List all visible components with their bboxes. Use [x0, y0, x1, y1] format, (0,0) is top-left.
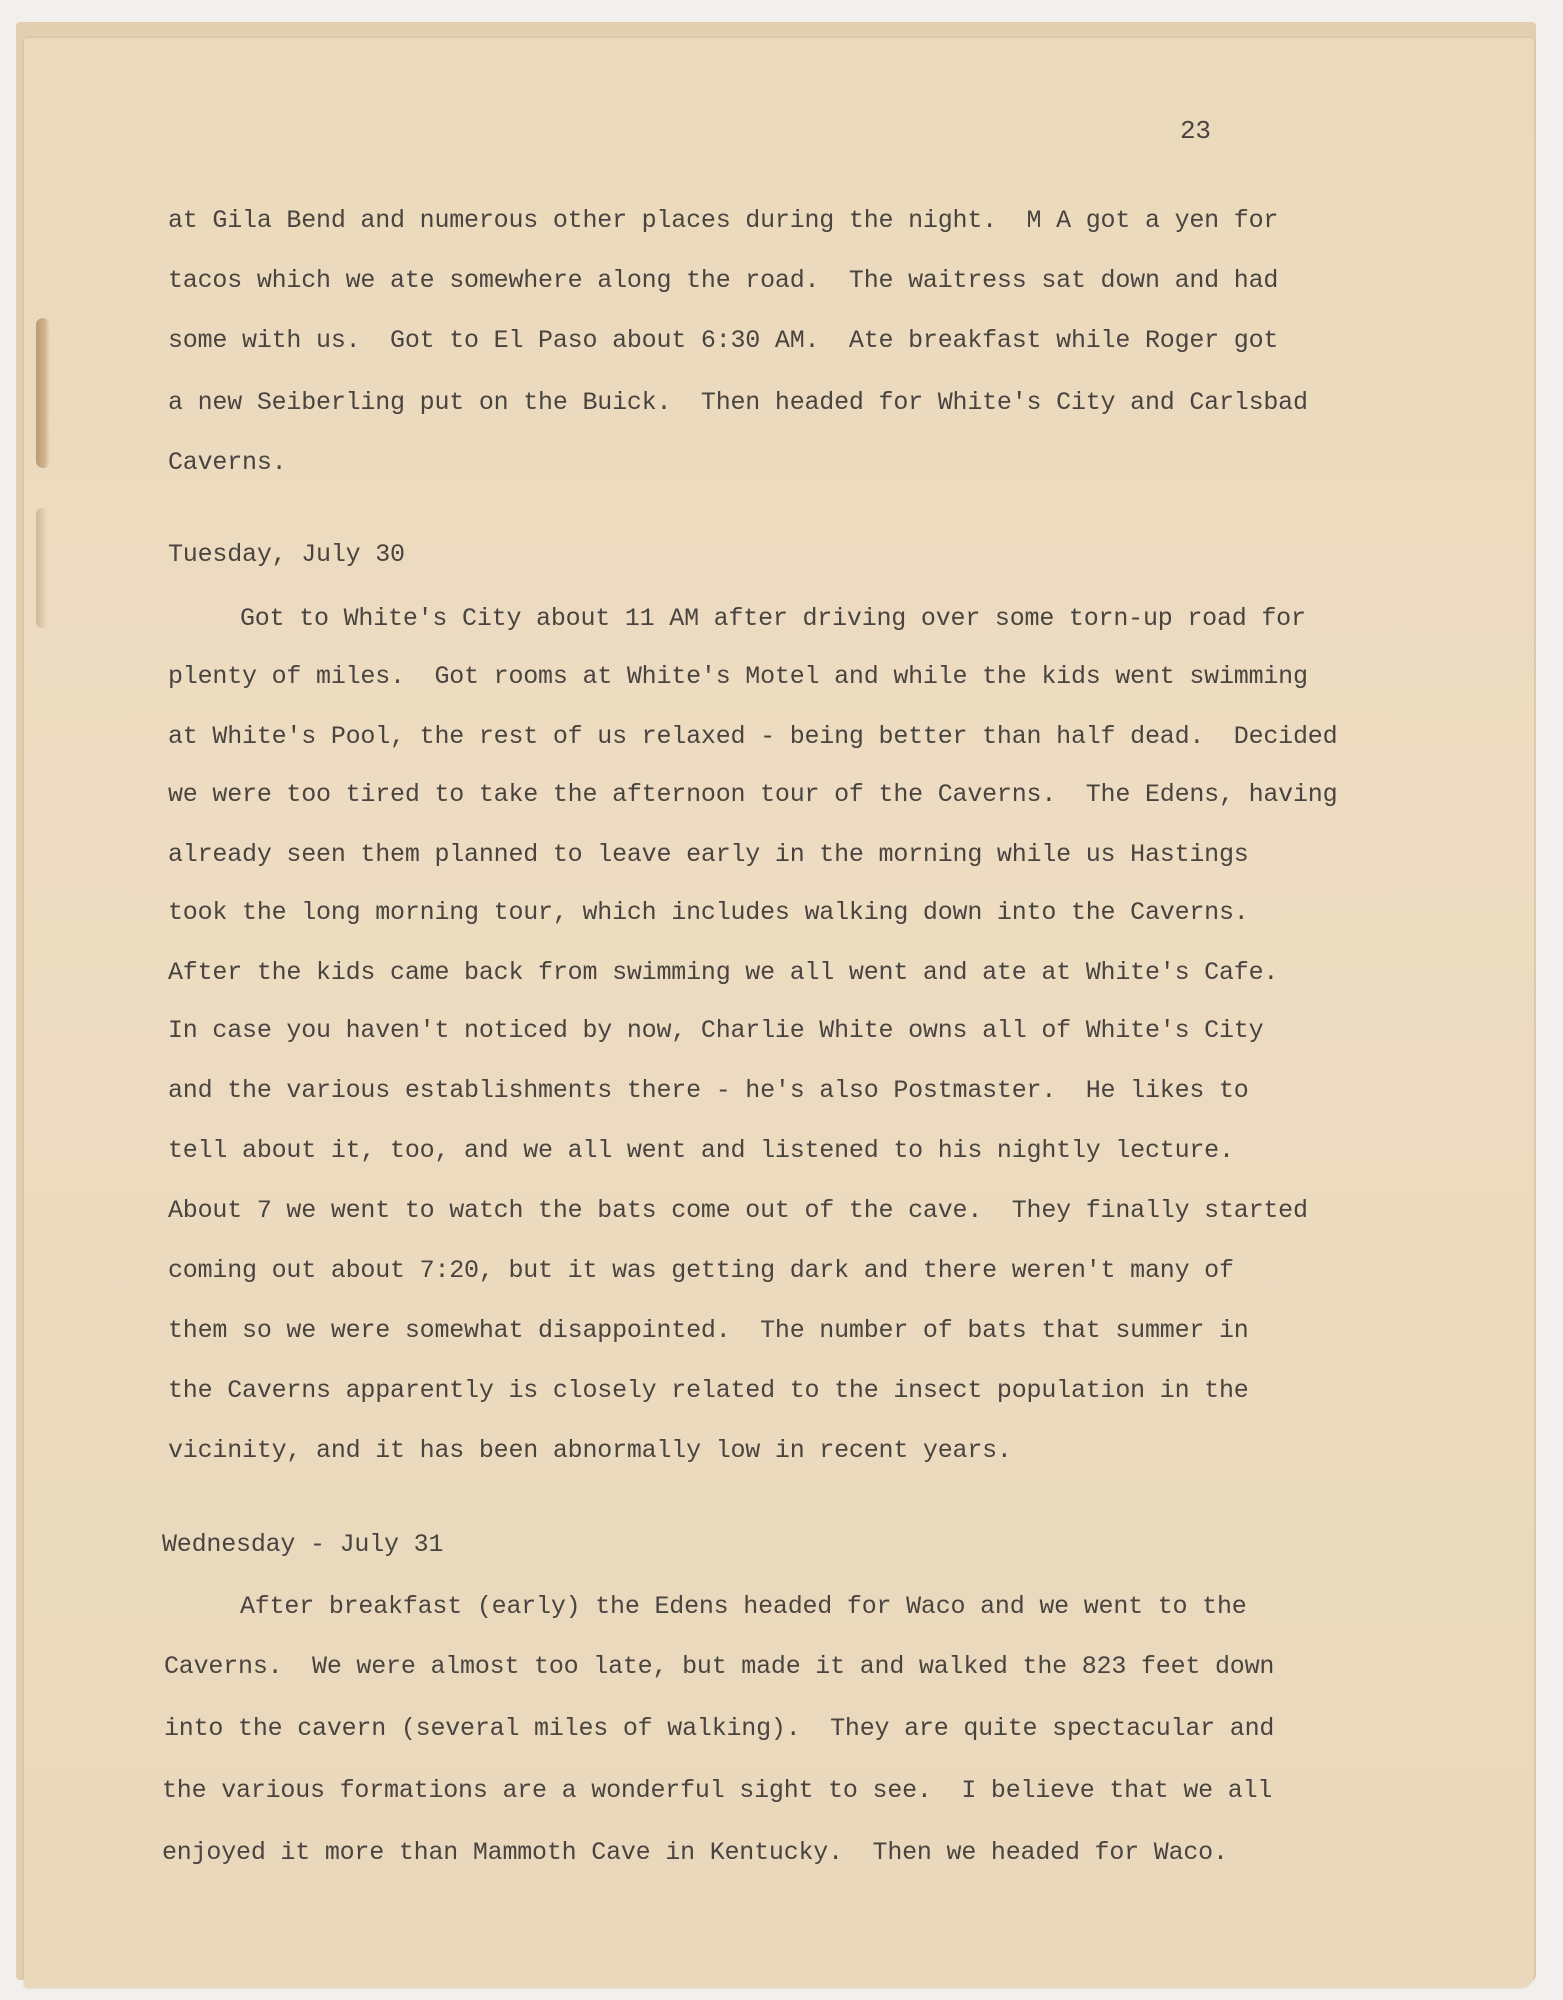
text-line: Caverns. [168, 448, 286, 477]
text-line: tacos which we ate somewhere along the r… [168, 266, 1278, 295]
text-line: enjoyed it more than Mammoth Cave in Ken… [162, 1838, 1228, 1867]
text-line: into the cavern (several miles of walkin… [164, 1714, 1274, 1743]
text-line: the Caverns apparently is closely relate… [168, 1376, 1249, 1405]
date-heading: Wednesday - July 31 [162, 1530, 443, 1559]
text-line: plenty of miles. Got rooms at White's Mo… [168, 662, 1308, 691]
date-heading: Tuesday, July 30 [168, 540, 405, 569]
text-line: After breakfast (early) the Edens headed… [240, 1592, 1247, 1621]
text-line: them so we were somewhat disappointed. T… [168, 1316, 1249, 1345]
text-line: already seen them planned to leave early… [168, 840, 1249, 869]
text-line: and the various establishments there - h… [168, 1076, 1249, 1105]
text-line: vicinity, and it has been abnormally low… [168, 1436, 1012, 1465]
text-line: at White's Pool, the rest of us relaxed … [168, 722, 1337, 751]
text-line: some with us. Got to El Paso about 6:30 … [168, 326, 1278, 355]
text-line: the various formations are a wonderful s… [162, 1776, 1272, 1805]
text-line: tell about it, too, and we all went and … [168, 1136, 1234, 1165]
text-line: Caverns. We were almost too late, but ma… [164, 1652, 1274, 1681]
text-line: About 7 we went to watch the bats come o… [168, 1196, 1308, 1225]
page-number: 23 [1180, 116, 1211, 146]
text-line: a new Seiberling put on the Buick. Then … [168, 388, 1308, 417]
text-line: Got to White's City about 11 AM after dr… [240, 604, 1306, 633]
text-line: coming out about 7:20, but it was gettin… [168, 1256, 1234, 1285]
paper-stain [36, 508, 48, 628]
text-line: took the long morning tour, which includ… [168, 898, 1249, 927]
text-line: we were too tired to take the afternoon … [168, 780, 1337, 809]
text-line: In case you haven't noticed by now, Char… [168, 1016, 1263, 1045]
paper-stain [36, 318, 50, 468]
text-line: at Gila Bend and numerous other places d… [168, 206, 1278, 235]
text-line: After the kids came back from swimming w… [168, 958, 1278, 987]
